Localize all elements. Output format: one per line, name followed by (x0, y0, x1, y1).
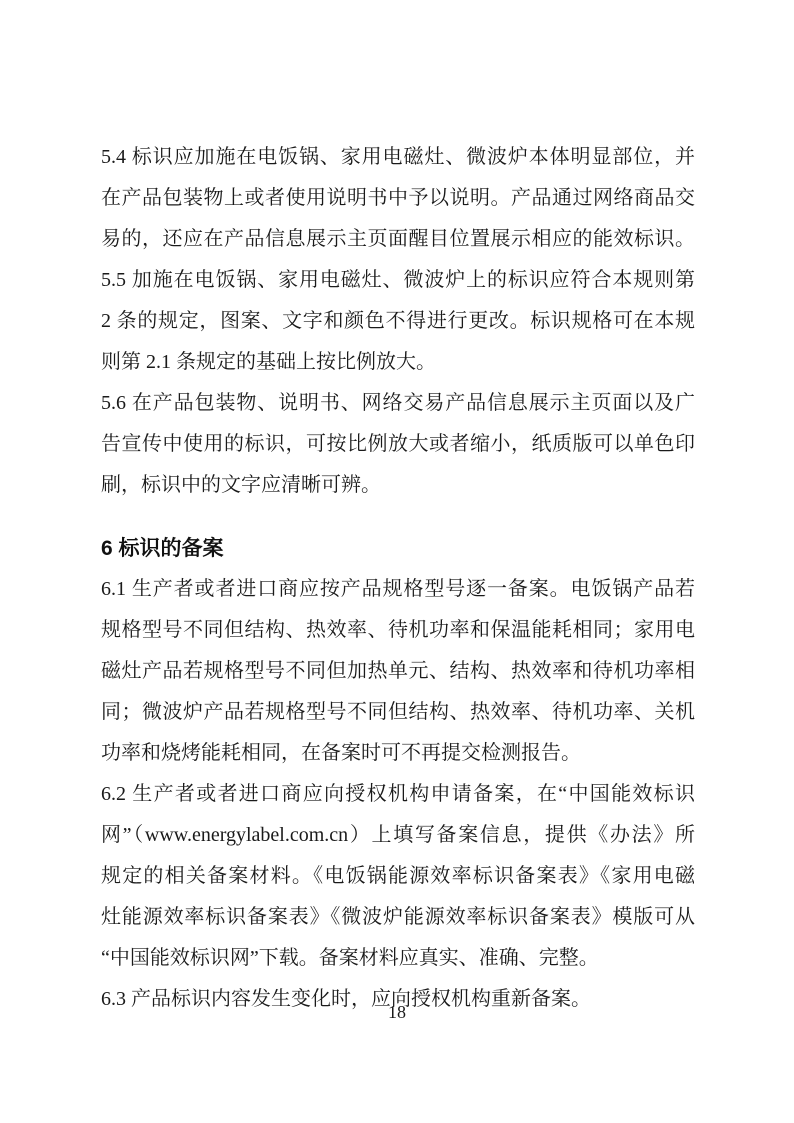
text-line: 则第 2.1 条规定的基础上按比例放大。 (101, 342, 695, 383)
document-page: 5.4 标识应加施在电饭锅、家用电磁灶、微波炉本体明显部位，并 在产品包装物上或… (0, 0, 794, 1123)
text-line: 磁灶产品若规格型号不同但加热单元、结构、热效率和待机功率相 (101, 651, 695, 692)
text-line: 功率和烧烤能耗相同，在备案时可不再提交检测报告。 (101, 733, 695, 774)
section-6-heading: 6 标识的备案 (101, 528, 695, 569)
text-line: 在产品包装物上或者使用说明书中予以说明。产品通过网络商品交 (101, 178, 695, 219)
text-line: 规格型号不同但结构、热效率、待机功率和保温能耗相同；家用电 (101, 610, 695, 651)
text-line: 5.5 加施在电饭锅、家用电磁灶、微波炉上的标识应符合本规则第 (101, 260, 695, 301)
text-line: 6.2 生产者或者进口商应向授权机构申请备案，在“中国能效标识 (101, 774, 695, 815)
text-line: 网”（www.energylabel.com.cn）上填写备案信息，提供《办法》… (101, 815, 695, 856)
text-line: 同；微波炉产品若规格型号不同但结构、热效率、待机功率、关机 (101, 692, 695, 733)
clause-5-4: 5.4 标识应加施在电饭锅、家用电磁灶、微波炉本体明显部位，并 在产品包装物上或… (101, 137, 695, 260)
text-line: 2 条的规定，图案、文字和颜色不得进行更改。标识规格可在本规 (101, 301, 695, 342)
clause-6-1: 6.1 生产者或者进口商应按产品规格型号逐一备案。电饭锅产品若 规格型号不同但结… (101, 569, 695, 774)
text-line: 5.4 标识应加施在电饭锅、家用电磁灶、微波炉本体明显部位，并 (101, 137, 695, 178)
clause-5-5: 5.5 加施在电饭锅、家用电磁灶、微波炉上的标识应符合本规则第 2 条的规定，图… (101, 260, 695, 383)
page-content: 5.4 标识应加施在电饭锅、家用电磁灶、微波炉本体明显部位，并 在产品包装物上或… (101, 137, 695, 1020)
text-line: 刷，标识中的文字应清晰可辨。 (101, 465, 695, 506)
clause-5-6: 5.6 在产品包装物、说明书、网络交易产品信息展示主页面以及广 告宣传中使用的标… (101, 383, 695, 506)
text-line: 告宣传中使用的标识，可按比例放大或者缩小，纸质版可以单色印 (101, 424, 695, 465)
page-number: 18 (0, 1000, 794, 1024)
clause-6-2: 6.2 生产者或者进口商应向授权机构申请备案，在“中国能效标识 网”（www.e… (101, 774, 695, 979)
text-line: 易的，还应在产品信息展示主页面醒目位置展示相应的能效标识。 (101, 219, 695, 260)
text-line: 规定的相关备案材料。《电饭锅能源效率标识备案表》《家用电磁 (101, 856, 695, 897)
text-line: 6.1 生产者或者进口商应按产品规格型号逐一备案。电饭锅产品若 (101, 569, 695, 610)
text-line: “中国能效标识网”下载。备案材料应真实、准确、完整。 (101, 938, 695, 979)
text-line: 5.6 在产品包装物、说明书、网络交易产品信息展示主页面以及广 (101, 383, 695, 424)
text-line: 灶能源效率标识备案表》《微波炉能源效率标识备案表》模版可从 (101, 897, 695, 938)
